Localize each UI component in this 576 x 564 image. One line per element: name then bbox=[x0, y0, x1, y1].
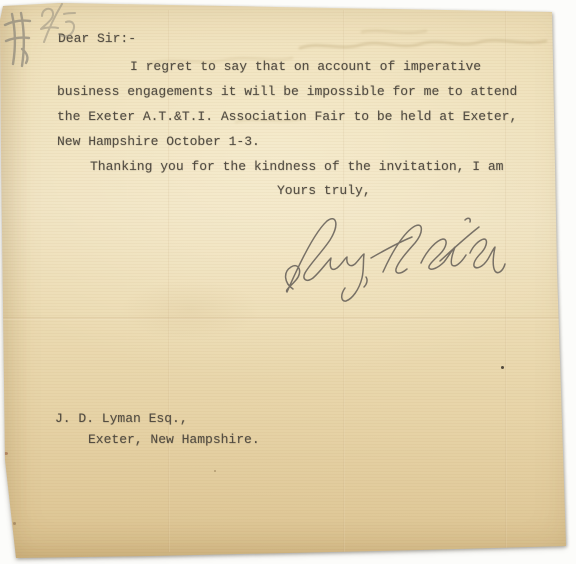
recipient-line-2: Exeter, New Hampshire. bbox=[88, 432, 260, 448]
paper-shadow: Dear Sir:- I regret to say that on accou… bbox=[0, 0, 576, 564]
paper-stain bbox=[120, 280, 260, 340]
body-line-2: business engagements it will be impossib… bbox=[57, 84, 517, 100]
body-line-1: I regret to say that on account of imper… bbox=[130, 59, 481, 75]
closing-line: Thanking you for the kindness of the inv… bbox=[90, 159, 503, 175]
valediction-line: Yours truly, bbox=[277, 183, 371, 199]
ink-speck bbox=[501, 366, 504, 369]
paper-speck bbox=[214, 470, 216, 472]
scanned-letter: Dear Sir:- I regret to say that on accou… bbox=[0, 0, 576, 564]
horizontal-fold-crease bbox=[2, 317, 564, 320]
recipient-line-1: J. D. Lyman Esq., bbox=[55, 411, 188, 427]
body-line-3: the Exeter A.T.&T.I. Association Fair to… bbox=[57, 109, 517, 125]
signature bbox=[286, 218, 505, 301]
salutation-line: Dear Sir:- bbox=[58, 31, 136, 47]
paper-speck bbox=[4, 452, 8, 455]
paper-speck bbox=[13, 522, 16, 525]
letter-paper: Dear Sir:- I regret to say that on accou… bbox=[0, 0, 576, 564]
body-line-4: New Hampshire October 1-3. bbox=[57, 134, 260, 150]
